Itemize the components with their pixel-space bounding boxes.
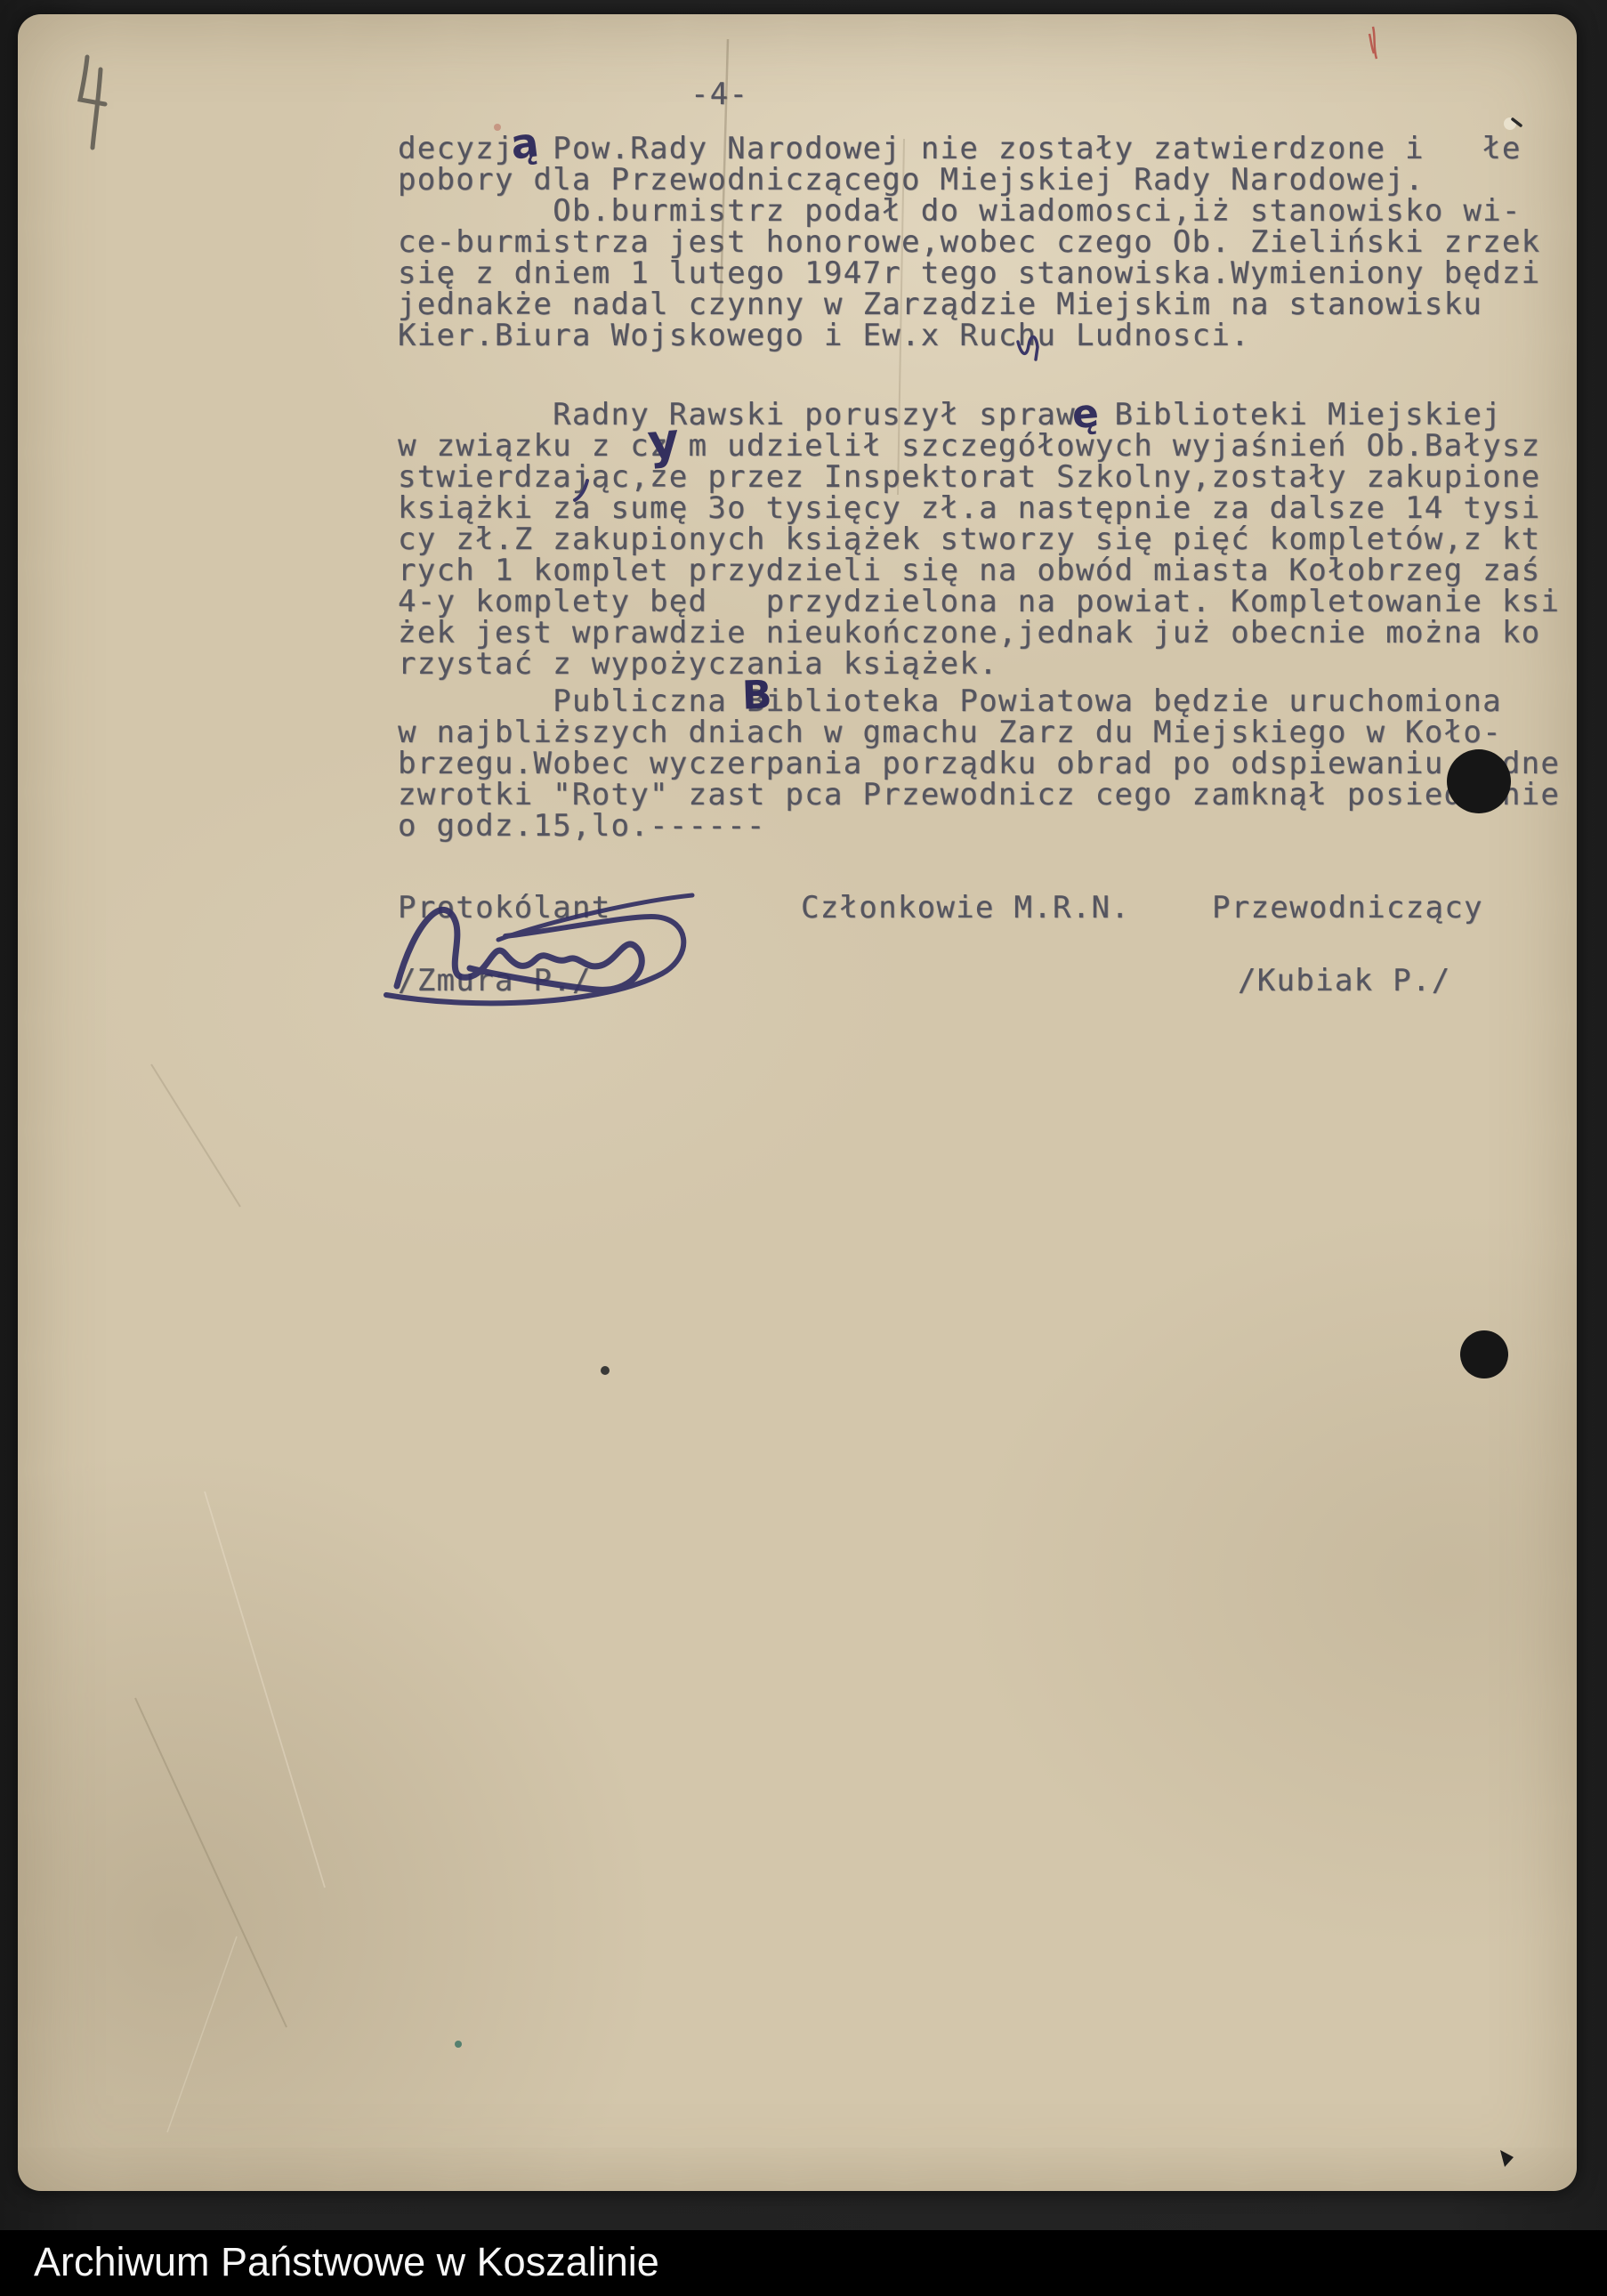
text-line: Kier.Biura Wojskowego i Ew.x Ruchu Ludno…	[398, 320, 1560, 352]
handwritten-correction-b: B	[741, 672, 772, 718]
text-line: książki za sumę 3o tysięcy zł.a następni…	[398, 493, 1560, 524]
text-line: ce-burmistrza jest honorowe,wobec czego …	[398, 227, 1560, 258]
signature-name-zmura: /Zmura P./	[398, 963, 592, 998]
text-line: rzystać z wypożyczania książek.	[398, 649, 1560, 680]
text-line: żek jest wprawdzie nieukończone,jednak j…	[398, 618, 1560, 649]
text-line: 4-y komplety będ przydzielona na powiat.…	[398, 586, 1560, 618]
corner-page-annotation-pencil-4	[50, 48, 130, 164]
text-line: decyzj Pow.Rady Narodowej nie zostały za…	[398, 133, 1560, 165]
signature-name-kubiak: /Kubiak P./	[1238, 963, 1450, 998]
text-line: brzegu.Wobec wyczerpania porządku obrad …	[398, 748, 1560, 780]
text-line: się z dniem 1 lutego 1947r tego stanowis…	[398, 258, 1560, 289]
text-line: Radny Rawski poruszył spraw Biblioteki M…	[398, 400, 1560, 431]
scan-viewer: -4- decyzj Pow.Rady Narodowej nie został…	[0, 0, 1607, 2296]
text-line: cy zł.Z zakupionych książek stworzy się …	[398, 524, 1560, 555]
paper-chip-shadow	[1513, 119, 1521, 125]
paper-chip	[1504, 117, 1516, 130]
text-line: w najbliższych dniach w gmachu Zarz du M…	[398, 717, 1560, 748]
paragraph: Radny Rawski poruszył spraw Biblioteki M…	[398, 400, 1560, 680]
text-line: stwierdzając,że przez Inspektorat Szkoln…	[398, 462, 1560, 493]
text-line: rych 1 komplet przydzieli się na obwód m…	[398, 555, 1560, 586]
text-line: jednakże nadal czynny w Zarządzie Miejsk…	[398, 289, 1560, 320]
text-line: w związku z cz m udzielił szczegółowych …	[398, 431, 1560, 462]
scratch-3	[151, 1064, 240, 1207]
signature-title-protokolant: Protokólant	[398, 890, 610, 926]
signature-title-przewodniczacy: Przewodniczący	[1212, 890, 1483, 926]
text-line: pobory dla Przewodniczącego Miejskiej Ra…	[398, 165, 1560, 196]
text-line: Publiczna Biblioteka Powiatowa będzie ur…	[398, 686, 1560, 717]
handwritten-correction-e: ę	[1070, 391, 1100, 438]
teal-speck	[455, 2041, 462, 2048]
pink-speck	[494, 124, 501, 131]
ink-speck	[601, 1366, 610, 1375]
scratch-4	[167, 1936, 237, 2132]
text-line: Ob.burmistrz podał do wiadomosci,iż stan…	[398, 196, 1560, 227]
document-page: -4- decyzj Pow.Rady Narodowej nie został…	[18, 14, 1577, 2191]
text-line: o godz.15,lo.------	[398, 811, 1560, 842]
scratch-1	[205, 1492, 325, 1888]
text-line: zwrotki "Roty" zast pca Przewodnicz cego…	[398, 780, 1560, 811]
handwritten-correction-y: y	[645, 412, 682, 471]
typewritten-text: decyzj Pow.Rady Narodowej nie zostały za…	[398, 133, 1560, 842]
archive-footer-bar: Archiwum Państwowe w Koszalinie	[0, 2230, 1607, 2296]
red-pencil-mark	[1369, 27, 1377, 59]
signature-title-czlonkowie-mrn: Członkowie M.R.N.	[801, 890, 1130, 926]
page-number: -4-	[690, 77, 748, 112]
scratch-2	[135, 1698, 287, 2027]
archive-name: Archiwum Państwowe w Koszalinie	[34, 2230, 1607, 2294]
paragraph: decyzj Pow.Rady Narodowej nie zostały za…	[398, 133, 1560, 352]
punch-hole-lower	[1460, 1330, 1508, 1378]
paragraph: Publiczna Biblioteka Powiatowa będzie ur…	[398, 686, 1560, 842]
torn-notch	[1500, 2150, 1514, 2167]
handwritten-correction-a-tail: ą	[508, 117, 541, 168]
